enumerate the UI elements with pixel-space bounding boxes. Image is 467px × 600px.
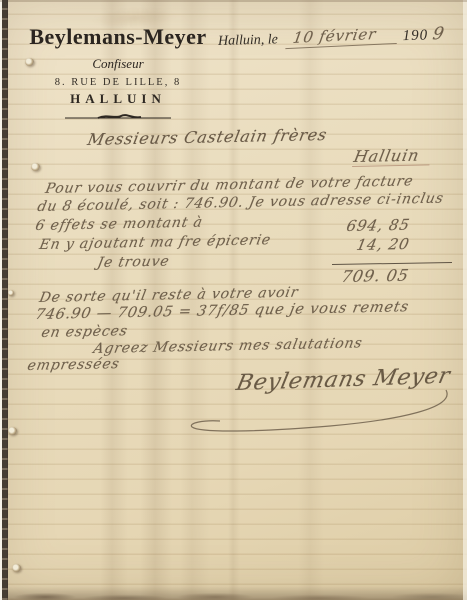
letterhead-city: HALLUIN bbox=[18, 91, 218, 107]
dateline-year-printed: 190 bbox=[402, 27, 428, 45]
dateline-place: Halluin, le bbox=[218, 32, 278, 50]
body-line-4: En y ajoutant ma fre épicerie bbox=[38, 232, 272, 253]
torn-perforated-edge-left bbox=[2, 0, 8, 600]
paper-edge-top bbox=[0, 0, 467, 2]
body-line-3: 6 effets se montant à bbox=[34, 215, 204, 234]
closing-line-1: Agreez Messieurs mes salutations bbox=[92, 335, 364, 357]
recipient-line: Messieurs Castelain frères bbox=[86, 125, 329, 149]
recipient-place: Halluin bbox=[352, 145, 433, 167]
body-line-5: Je trouve bbox=[96, 254, 171, 271]
letter-page: Beylemans-Meyer Confiseur 8. RUE DE LILL… bbox=[0, 0, 467, 600]
letterhead-address: 8. RUE DE LILLE, 8 bbox=[18, 77, 218, 88]
closing-line-2: empressées bbox=[26, 356, 121, 374]
flourish-divider-icon bbox=[18, 109, 218, 127]
paper-edge-right bbox=[463, 0, 467, 600]
amount-effets: 694, 85 bbox=[345, 216, 412, 235]
total-rule bbox=[332, 262, 452, 265]
paper-hole-4 bbox=[8, 427, 17, 435]
letterhead: Beylemans-Meyer Confiseur 8. RUE DE LILL… bbox=[18, 24, 218, 127]
dateline-year-digit: 9 bbox=[431, 24, 446, 45]
dateline-handwritten-date: 10 février bbox=[285, 24, 399, 49]
letterhead-profession: Confiseur bbox=[18, 56, 218, 72]
paper-hole-5 bbox=[12, 564, 21, 572]
bottom-stain bbox=[0, 584, 467, 600]
letterhead-company: Beylemans-Meyer bbox=[18, 24, 218, 50]
signature-flourish bbox=[148, 386, 460, 443]
body-line-8: en espèces bbox=[40, 323, 129, 341]
total-amount: 709. 05 bbox=[340, 266, 411, 286]
paper-hole-2 bbox=[31, 163, 40, 171]
paper-hole-1 bbox=[25, 58, 34, 66]
dateline: Halluin, le 10 février 190 9 bbox=[218, 24, 443, 51]
amount-epicerie: 14, 20 bbox=[355, 235, 411, 254]
paper-hole-3 bbox=[8, 290, 14, 296]
